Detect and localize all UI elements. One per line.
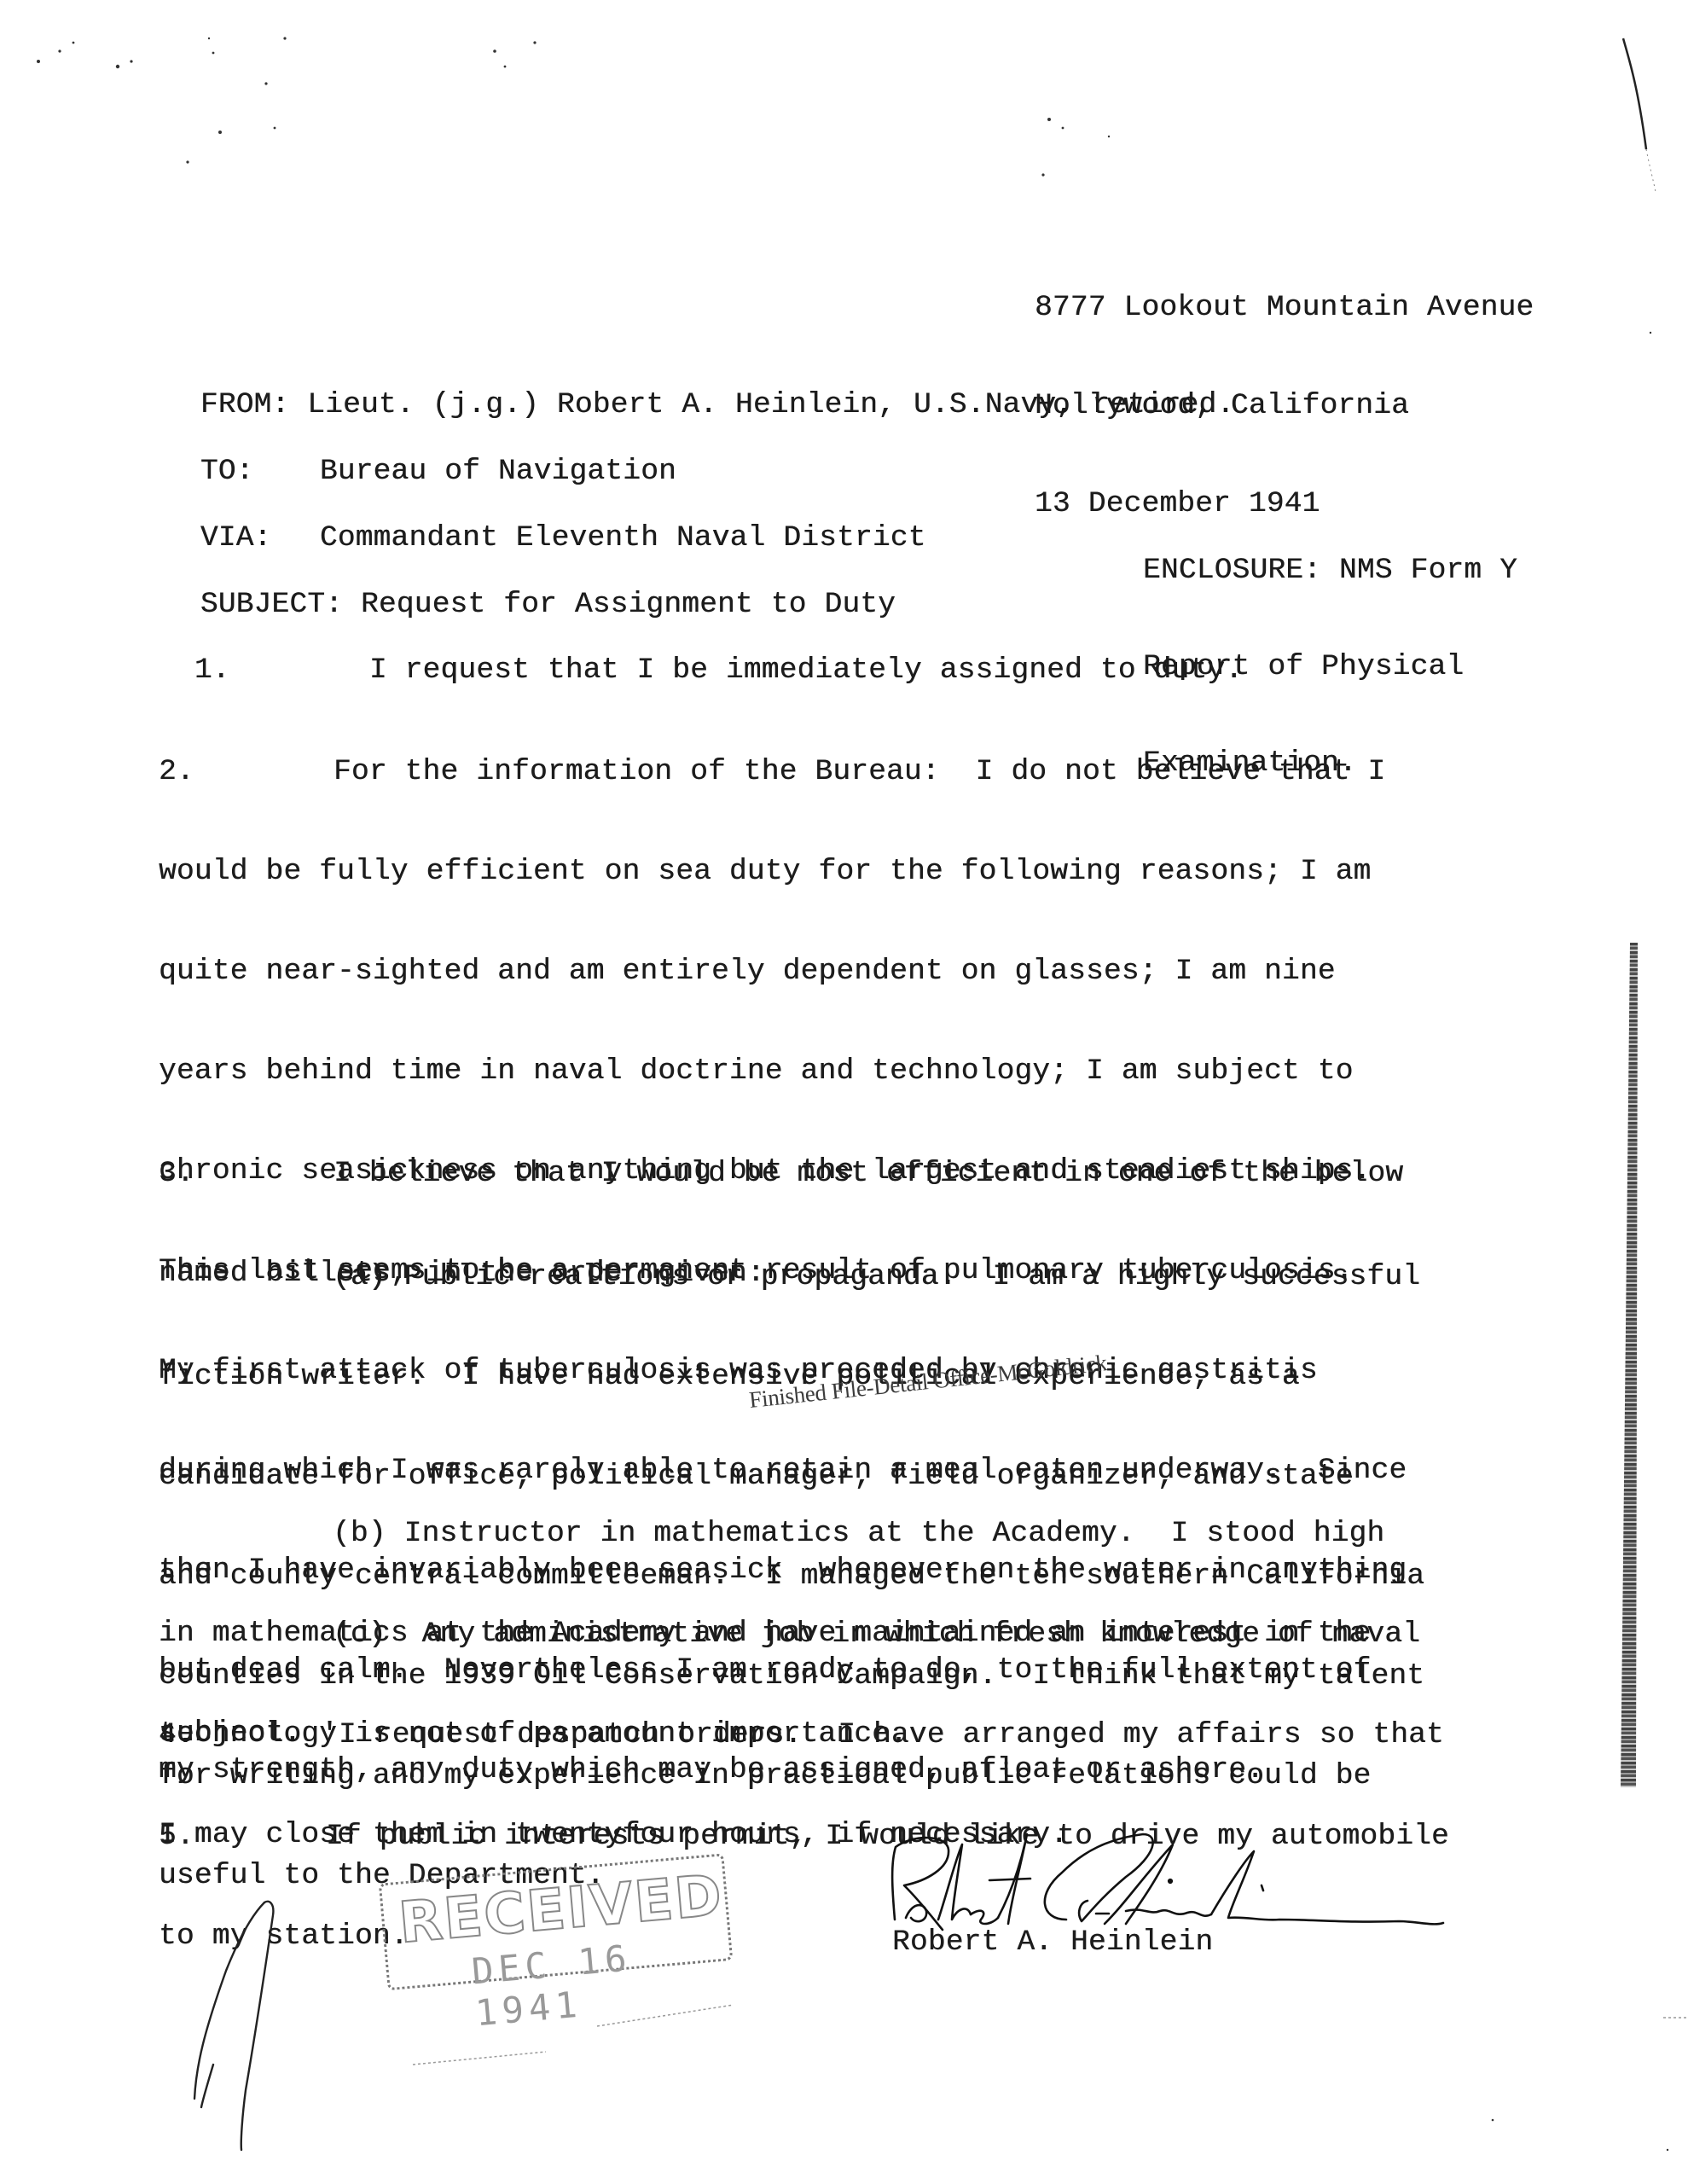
stamp-lines (413, 2005, 1688, 2065)
signature-scrawl (892, 1834, 1443, 1930)
typed-signature-name: Robert A. Heinlein (892, 1926, 1213, 1959)
scan-specks (37, 37, 1668, 2151)
page-edge-mark (1623, 38, 1646, 149)
margin-pen-stroke (194, 1902, 273, 2150)
handwriting-layer (0, 0, 1688, 2184)
